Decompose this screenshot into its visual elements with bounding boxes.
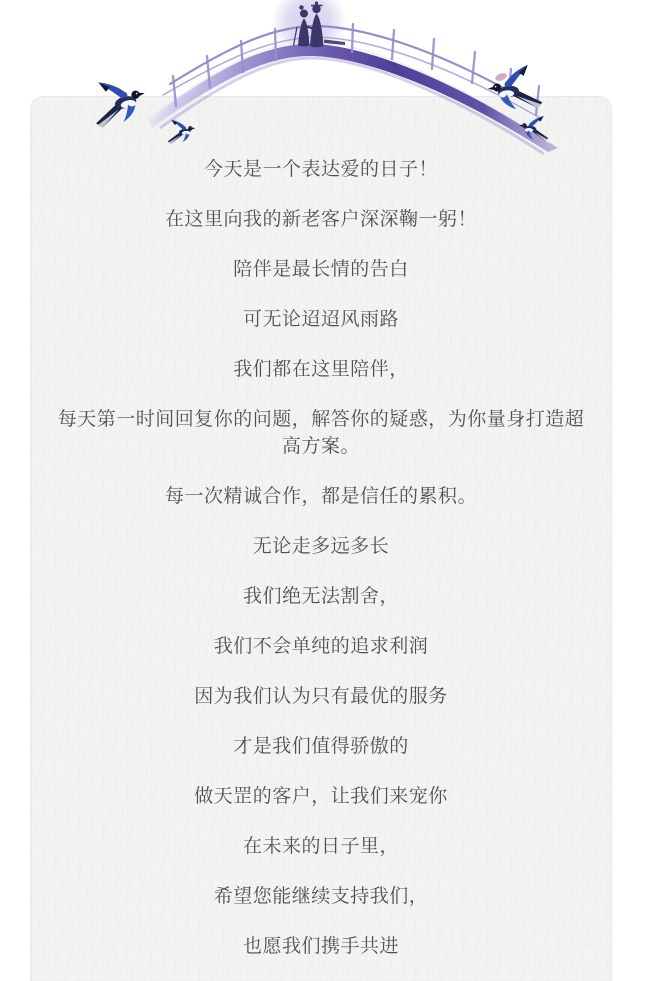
paragraph-line: 在未来的日子里， bbox=[53, 833, 589, 860]
couple-silhouette bbox=[294, 2, 346, 48]
paragraph-line: 可无论迢迢风雨路 bbox=[53, 306, 589, 333]
magpie-pink-crest bbox=[494, 72, 508, 82]
paragraph-line: 陪伴是最长情的告白 bbox=[53, 256, 589, 283]
paragraph-line: 今天是一个表达爱的日子！ bbox=[53, 156, 589, 183]
paragraph-line: 也愿我们携手共进 bbox=[53, 933, 589, 960]
paragraph-line: 才是我们值得骄傲的 bbox=[53, 733, 589, 760]
article-page: 今天是一个表达爱的日子！ 在这里向我的新老客户深深鞠一躬！ 陪伴是最长情的告白 … bbox=[0, 0, 664, 981]
paragraph-line: 我们绝无法割舍， bbox=[53, 583, 589, 610]
paragraph-line: 在这里向我的新老客户深深鞠一躬！ bbox=[53, 206, 589, 233]
paragraph-line: 我们都在这里陪伴， bbox=[53, 356, 589, 383]
paragraph-line: 每一次精诚合作，都是信任的累积。 bbox=[53, 483, 589, 510]
content-panel: 今天是一个表达爱的日子！ 在这里向我的新老客户深深鞠一躬！ 陪伴是最长情的告白 … bbox=[30, 96, 612, 981]
paragraph-line: 希望您能继续支持我们， bbox=[53, 883, 589, 910]
paragraph-line: 因为我们认为只有最优的服务 bbox=[53, 683, 589, 710]
article-body: 今天是一个表达爱的日子！ 在这里向我的新老客户深深鞠一躬！ 陪伴是最长情的告白 … bbox=[31, 97, 611, 960]
paragraph-line: 做天罡的客户，让我们来宠你 bbox=[53, 783, 589, 810]
paragraph-line: 我们不会单纯的追求利润 bbox=[53, 633, 589, 660]
paragraph-line: 无论走多远多长 bbox=[53, 533, 589, 560]
glow-halo bbox=[271, 0, 347, 60]
paragraph-line: 每天第一时间回复你的问题，解答你的疑惑，为你量身打造超高方案。 bbox=[53, 406, 589, 460]
